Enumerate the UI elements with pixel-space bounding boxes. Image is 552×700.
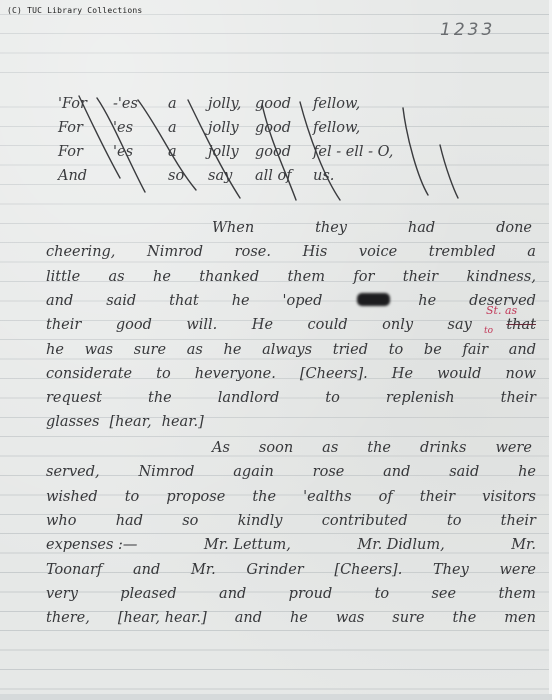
- word: men: [504, 610, 536, 626]
- word: thanked: [199, 269, 259, 285]
- text-line: glasses[hear,hear.]: [46, 414, 536, 430]
- word: kindness,: [466, 269, 535, 285]
- song-word: 'es: [113, 120, 133, 136]
- word: say: [448, 317, 472, 333]
- word: that: [169, 293, 199, 309]
- word: always: [262, 342, 312, 358]
- word: had: [408, 220, 435, 236]
- word: the: [367, 440, 391, 456]
- word: drinks: [420, 440, 466, 456]
- word: could: [308, 317, 348, 333]
- word: as: [109, 269, 125, 285]
- song-word: a: [168, 96, 177, 112]
- word: [hear,: [109, 414, 151, 430]
- word: their: [501, 513, 536, 529]
- text-line: expenses :—Mr. Lettum,Mr. Didlum,Mr.: [46, 537, 536, 553]
- text-line: andsaidthathe'opedhedeserved: [46, 293, 536, 309]
- word: a: [527, 244, 536, 260]
- word: Nimrod: [138, 464, 194, 480]
- word: so: [182, 513, 198, 529]
- song-word: a: [168, 120, 177, 136]
- word: pleased: [120, 586, 176, 602]
- word: as: [322, 440, 338, 456]
- word: now: [506, 366, 536, 382]
- word: trembled: [429, 244, 496, 260]
- song-word: jolly: [208, 120, 239, 136]
- word: kindly: [238, 513, 283, 529]
- word: the: [453, 610, 477, 626]
- song-word: good: [255, 120, 291, 136]
- word: Mr. Lettum,: [204, 537, 291, 553]
- word: [Cheers].: [300, 366, 368, 382]
- word: served,: [46, 464, 100, 480]
- word: visitors: [482, 489, 536, 505]
- text-line: hewassureashealwaystriedtobefairand: [46, 342, 536, 358]
- word: only: [382, 317, 413, 333]
- word: there,: [46, 610, 90, 626]
- text-line: whohadsokindlycontributedtotheir: [46, 513, 536, 529]
- word: voice: [359, 244, 397, 260]
- word: as: [187, 342, 203, 358]
- word: they: [315, 220, 347, 236]
- page-bottom-border: [0, 694, 552, 700]
- text-line: Whentheyhaddone: [212, 220, 532, 236]
- word: 'ealths: [303, 489, 351, 505]
- song-word: 'es: [113, 144, 133, 160]
- word: request: [46, 390, 102, 406]
- text-line: consideratetoheveryone.[Cheers].Hewouldn…: [46, 366, 536, 382]
- word: was: [336, 610, 365, 626]
- song-word: fellow,: [313, 120, 360, 136]
- word: he: [290, 610, 308, 626]
- word: Mr.: [511, 537, 536, 553]
- word: and: [46, 293, 73, 309]
- word: replenish: [386, 390, 455, 406]
- word: Nimrod: [147, 244, 203, 260]
- word: for: [353, 269, 374, 285]
- word: landlord: [218, 390, 279, 406]
- song-word: fel - ell - O,: [313, 144, 393, 160]
- word: He: [392, 366, 413, 382]
- song-word: so: [168, 168, 184, 184]
- word: His: [303, 244, 328, 260]
- song-word: good: [255, 144, 291, 160]
- word: he: [232, 293, 250, 309]
- word: little: [46, 269, 80, 285]
- word: rose.: [235, 244, 271, 260]
- text-line: cheering,Nimrodrose.Hisvoicetrembleda: [46, 244, 536, 260]
- word: he: [518, 464, 536, 480]
- word: fair: [462, 342, 488, 358]
- page-number: 1233: [440, 20, 495, 40]
- word: to: [325, 390, 340, 406]
- word: 'oped: [283, 293, 323, 309]
- word: When: [212, 220, 254, 236]
- copyright-watermark: (C) TUC Library Collections: [7, 6, 142, 15]
- text-line: theirgoodwill.Hecouldonlysaythat: [46, 317, 536, 333]
- word: them: [498, 586, 536, 602]
- word: of: [379, 489, 393, 505]
- song-word: -'es: [113, 96, 138, 112]
- word: and: [219, 586, 246, 602]
- word: their: [420, 489, 455, 505]
- word: to: [447, 513, 462, 529]
- word: Toonarf: [46, 562, 102, 578]
- word: tried: [333, 342, 368, 358]
- word: considerate: [46, 366, 132, 382]
- word: see: [431, 586, 456, 602]
- text-line: requestthelandlordtoreplenishtheir: [46, 390, 536, 406]
- word: glasses: [46, 414, 99, 430]
- red-correction: St. as: [486, 304, 517, 317]
- word: be: [424, 342, 442, 358]
- word: the: [252, 489, 276, 505]
- word: their: [403, 269, 438, 285]
- song-word: For: [58, 144, 83, 160]
- word: very: [46, 586, 78, 602]
- text-line: Assoonasthedrinkswere: [212, 440, 532, 456]
- word: rose: [313, 464, 345, 480]
- song-word: For: [58, 120, 83, 136]
- word: and: [235, 610, 262, 626]
- word: had: [116, 513, 143, 529]
- word: were: [495, 440, 532, 456]
- word: heveryone.: [195, 366, 276, 382]
- word: hear.]: [162, 414, 204, 430]
- text-line: ToonarfandMr.Grinder[Cheers].Theywere: [46, 562, 536, 578]
- word: Mr. Didlum,: [357, 537, 444, 553]
- word: he: [418, 293, 436, 309]
- song-word: jolly,: [208, 96, 241, 112]
- word: to: [389, 342, 404, 358]
- word: to: [125, 489, 140, 505]
- word: their: [46, 317, 81, 333]
- word: done: [496, 220, 532, 236]
- word: wished: [46, 489, 98, 505]
- text-line: there,[hear, hear.]andhewassurethemen: [46, 610, 536, 626]
- text-line: littleashethankedthemfortheirkindness,: [46, 269, 536, 285]
- word: were: [499, 562, 536, 578]
- word: propose: [166, 489, 225, 505]
- word: to: [375, 586, 390, 602]
- word: Mr.: [191, 562, 216, 578]
- word: sure: [392, 610, 424, 626]
- word: They: [433, 562, 469, 578]
- text-line: wishedtoproposethe'ealthsoftheirvisitors: [46, 489, 536, 505]
- word: he: [224, 342, 242, 358]
- word: proud: [289, 586, 333, 602]
- song-word: 'For: [58, 96, 87, 112]
- word: that: [506, 317, 536, 333]
- word: As: [212, 440, 230, 456]
- word: contributed: [322, 513, 408, 529]
- word: expenses :—: [46, 537, 137, 553]
- song-word: good: [255, 96, 291, 112]
- song-word: fellow,: [313, 96, 360, 112]
- word: He: [252, 317, 273, 333]
- song-word: jolly: [208, 144, 239, 160]
- word: he: [46, 342, 64, 358]
- word: and: [509, 342, 536, 358]
- word: was: [85, 342, 114, 358]
- word: the: [148, 390, 172, 406]
- word: [hear, hear.]: [118, 610, 207, 626]
- song-word: a: [168, 144, 177, 160]
- word: [Cheers].: [334, 562, 402, 578]
- song-word: say: [208, 168, 232, 184]
- word: sure: [134, 342, 166, 358]
- word: said: [106, 293, 136, 309]
- word: cheering,: [46, 244, 115, 260]
- word: Grinder: [246, 562, 303, 578]
- song-word: And: [58, 168, 87, 184]
- word: their: [501, 390, 536, 406]
- song-word: all of: [255, 168, 292, 184]
- text-line: served,Nimrodagainroseandsaidhe: [46, 464, 536, 480]
- word: to: [156, 366, 171, 382]
- word: he: [153, 269, 171, 285]
- ink-blot: [357, 293, 390, 306]
- word: them: [287, 269, 325, 285]
- text-line: verypleasedandproudtoseethem: [46, 586, 536, 602]
- word: again: [233, 464, 274, 480]
- word: will.: [186, 317, 217, 333]
- word: said: [449, 464, 479, 480]
- word: who: [46, 513, 76, 529]
- word: soon: [259, 440, 293, 456]
- red-correction-below: to: [484, 326, 493, 336]
- word: would: [437, 366, 481, 382]
- word: and: [133, 562, 160, 578]
- word: and: [383, 464, 410, 480]
- word: good: [116, 317, 152, 333]
- song-word: us.: [313, 168, 334, 184]
